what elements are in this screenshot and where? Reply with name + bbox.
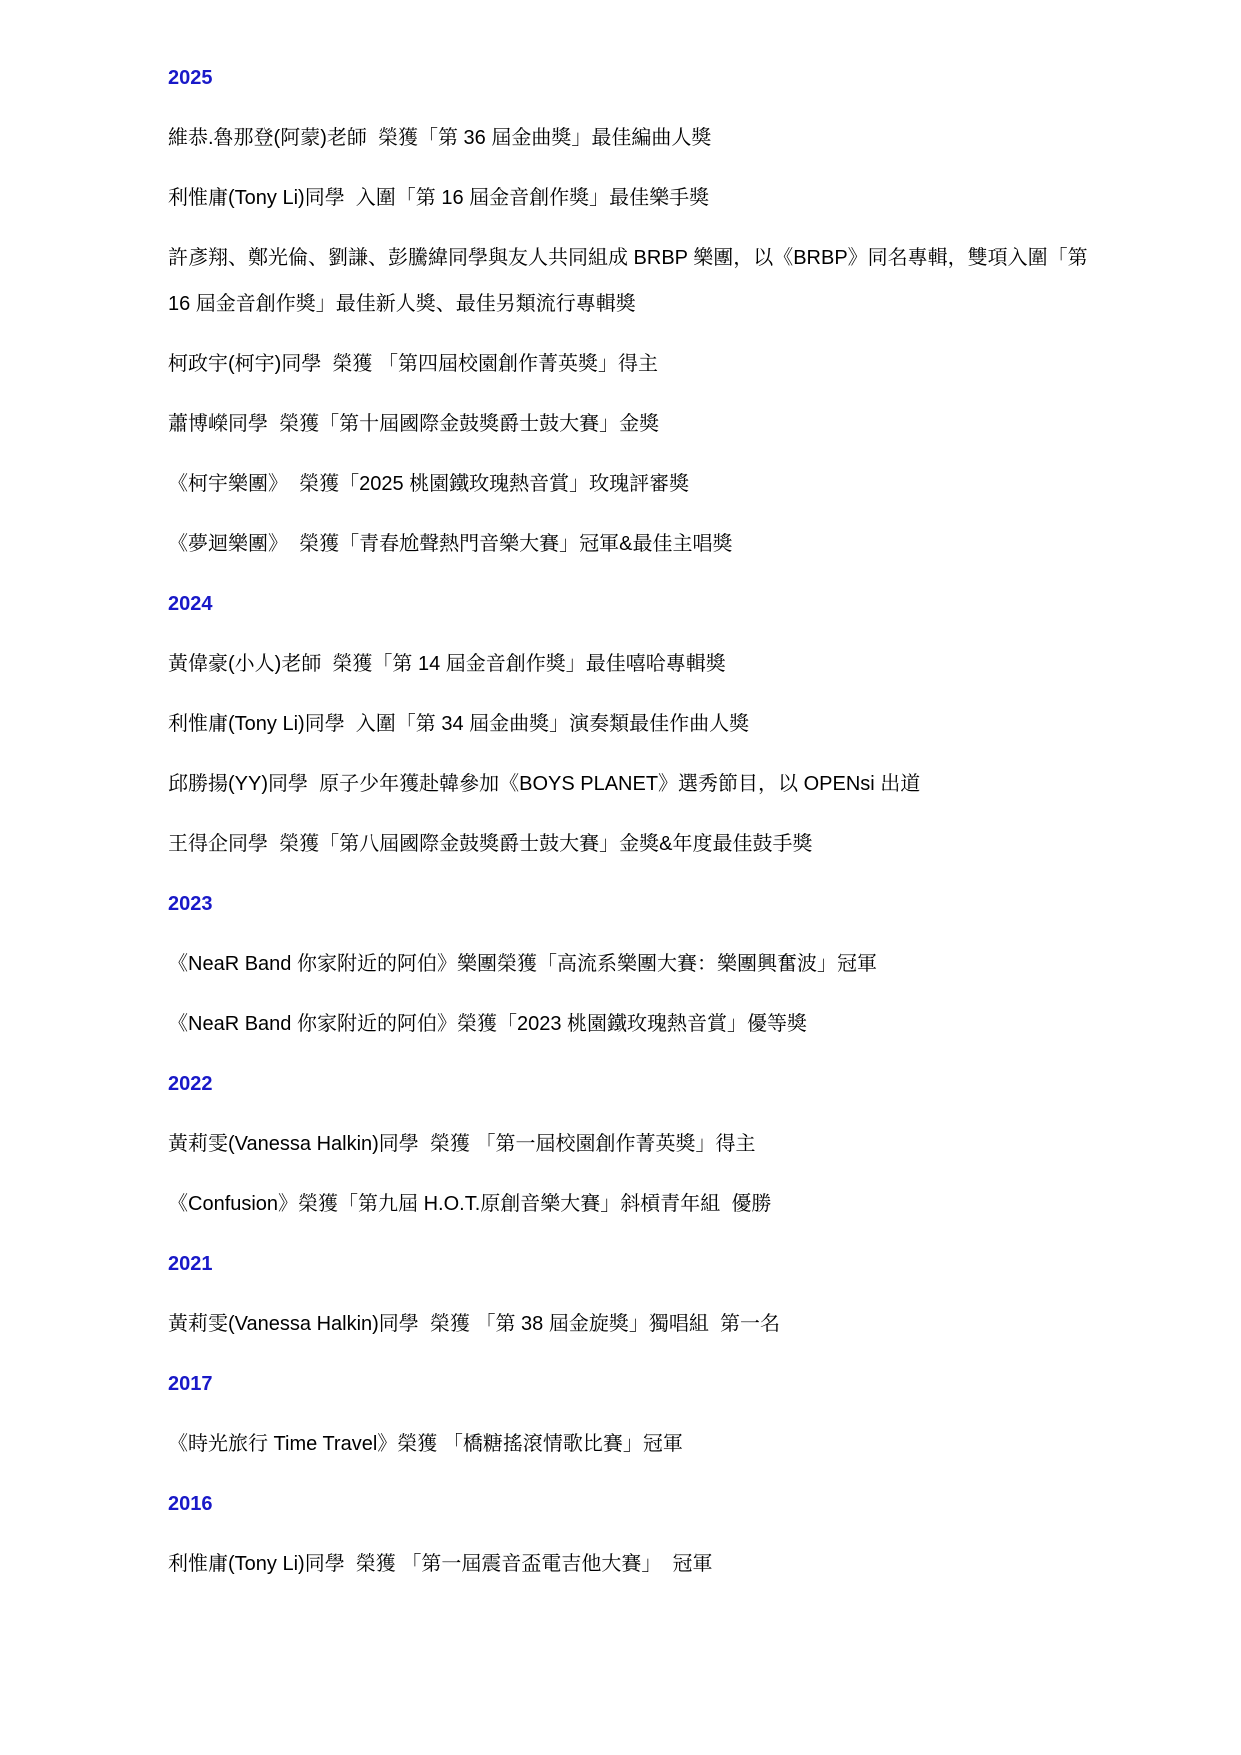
award-entry: 利惟庸(Tony Li)同學 榮獲 「第一屆震音盃電吉他大賽」 冠軍 [168, 1541, 1111, 1587]
award-entry: 《柯宇樂團》 榮獲「2025 桃園鐵玫瑰熱音賞」玫瑰評審獎 [168, 461, 1111, 507]
awards-timeline: 2025維恭.魯那登(阿蒙)老師 榮獲「第 36 屆金曲獎」最佳編曲人獎利惟庸(… [168, 55, 1111, 1587]
award-entry: 《夢迴樂團》 榮獲「青春尬聲熱門音樂大賽」冠軍&最佳主唱獎 [168, 521, 1111, 567]
award-entry: 邱勝揚(YY)同學 原子少年獲赴韓參加《BOYS PLANET》選秀節目，以 O… [168, 761, 1111, 807]
award-entry: 利惟庸(Tony Li)同學 入圍「第 34 屆金曲獎」演奏類最佳作曲人獎 [168, 701, 1111, 747]
award-entry: 維恭.魯那登(阿蒙)老師 榮獲「第 36 屆金曲獎」最佳編曲人獎 [168, 115, 1111, 161]
year-heading-2021: 2021 [168, 1241, 1111, 1287]
year-heading-2023: 2023 [168, 881, 1111, 927]
award-entry: 《Confusion》榮獲「第九屆 H.O.T.原創音樂大賽」斜槓青年組 優勝 [168, 1181, 1111, 1227]
year-heading-2024: 2024 [168, 581, 1111, 627]
award-entry: 《時光旅行 Time Travel》榮獲 「橋糖搖滾情歌比賽」冠軍 [168, 1421, 1111, 1467]
award-entry: 蕭博嶸同學 榮獲「第十屆國際金鼓獎爵士鼓大賽」金獎 [168, 401, 1111, 447]
award-entry: 利惟庸(Tony Li)同學 入圍「第 16 屆金音創作獎」最佳樂手獎 [168, 175, 1111, 221]
year-heading-2016: 2016 [168, 1481, 1111, 1527]
document-page: 2025維恭.魯那登(阿蒙)老師 榮獲「第 36 屆金曲獎」最佳編曲人獎利惟庸(… [0, 0, 1241, 1755]
award-entry: 黃莉雯(Vanessa Halkin)同學 榮獲 「第一屆校園創作菁英獎」得主 [168, 1121, 1111, 1167]
award-entry: 黃偉豪(小人)老師 榮獲「第 14 屆金音創作獎」最佳嘻哈專輯獎 [168, 641, 1111, 687]
award-entry: 王得企同學 榮獲「第八屆國際金鼓獎爵士鼓大賽」金獎&年度最佳鼓手獎 [168, 821, 1111, 867]
award-entry: 《NeaR Band 你家附近的阿伯》樂團榮獲「高流系樂團大賽：樂團興奮波」冠軍 [168, 941, 1111, 987]
year-heading-2017: 2017 [168, 1361, 1111, 1407]
award-entry: 許彥翔、鄭光倫、劉謙、彭騰緯同學與友人共同組成 BRBP 樂團，以《BRBP》同… [168, 235, 1111, 327]
award-entry: 黃莉雯(Vanessa Halkin)同學 榮獲 「第 38 屆金旋獎」獨唱組 … [168, 1301, 1111, 1347]
year-heading-2022: 2022 [168, 1061, 1111, 1107]
award-entry: 柯政宇(柯宇)同學 榮獲 「第四屆校園創作菁英獎」得主 [168, 341, 1111, 387]
award-entry: 《NeaR Band 你家附近的阿伯》榮獲「2023 桃園鐵玫瑰熱音賞」優等獎 [168, 1001, 1111, 1047]
year-heading-2025: 2025 [168, 55, 1111, 101]
